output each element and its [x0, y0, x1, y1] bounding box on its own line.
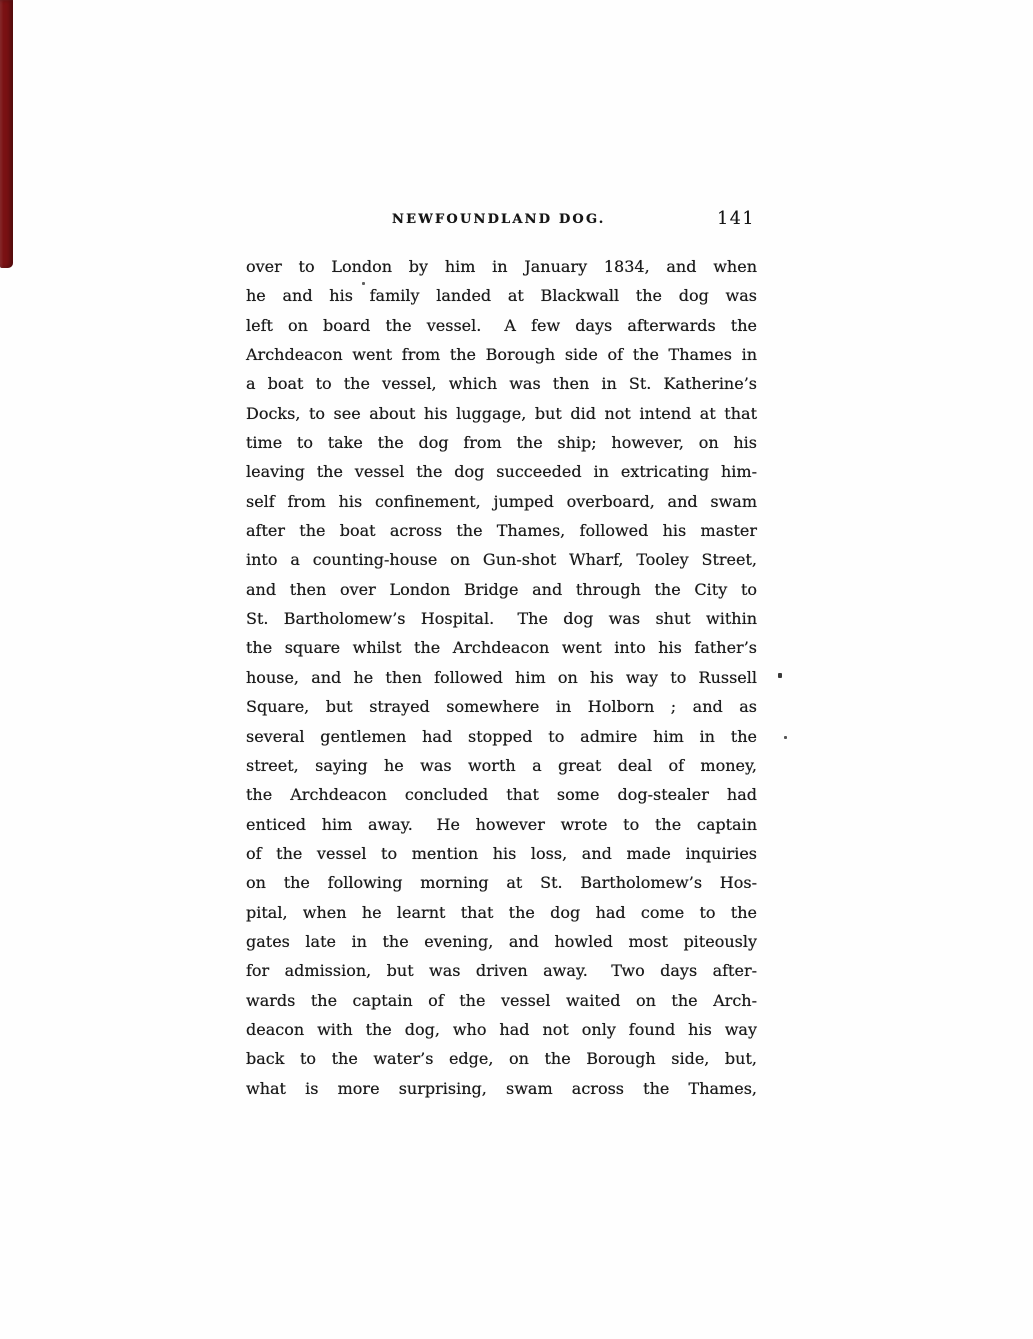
text-line: Square, but strayed somewhere in Holborn… — [246, 692, 757, 721]
running-title: NEWFOUNDLAND DOG. — [392, 212, 606, 227]
ink-speck — [784, 736, 787, 739]
page-number: 141 — [717, 209, 755, 229]
text-line: back to the water’s edge, on the Borough… — [246, 1044, 757, 1073]
text-line: St. Bartholomew’s Hospital. The dog was … — [246, 604, 757, 633]
text-line: after the boat across the Thames, follow… — [246, 516, 757, 545]
text-line: Archdeacon went from the Borough side of… — [246, 340, 757, 369]
ink-speck — [778, 673, 782, 678]
ink-speck — [362, 282, 365, 285]
text-line: self from his confinement, jumped overbo… — [246, 487, 757, 516]
body-text-block: over to London by him in January 1834, a… — [246, 252, 757, 1103]
text-line: of the vessel to mention his loss, and m… — [246, 839, 757, 868]
text-line: he and his family landed at Blackwall th… — [246, 281, 757, 310]
text-line: the square whilst the Archdeacon went in… — [246, 633, 757, 662]
text-line: over to London by him in January 1834, a… — [246, 252, 757, 281]
book-spine-edge-artifact — [0, 0, 13, 268]
text-line: for admission, but was driven away. Two … — [246, 956, 757, 985]
text-line: wards the captain of the vessel waited o… — [246, 986, 757, 1015]
text-line: house, and he then followed him on his w… — [246, 663, 757, 692]
text-line: into a counting-house on Gun-shot Wharf,… — [246, 545, 757, 574]
text-line: pital, when he learnt that the dog had c… — [246, 898, 757, 927]
text-line: left on board the vessel. A few days aft… — [246, 311, 757, 340]
text-line: leaving the vessel the dog succeeded in … — [246, 457, 757, 486]
text-line: what is more surprising, swam across the… — [246, 1074, 757, 1103]
text-line: on the following morning at St. Bartholo… — [246, 868, 757, 897]
text-line: several gentlemen had stopped to admire … — [246, 722, 757, 751]
text-line: Docks, to see about his luggage, but did… — [246, 399, 757, 428]
page-header: NEWFOUNDLAND DOG. 141 — [246, 209, 757, 231]
text-line: gates late in the evening, and howled mo… — [246, 927, 757, 956]
scanned-book-page: NEWFOUNDLAND DOG. 141 over to London by … — [0, 0, 1033, 1339]
text-line: enticed him away. He however wrote to th… — [246, 810, 757, 839]
text-line: and then over London Bridge and through … — [246, 575, 757, 604]
text-line: a boat to the vessel, which was then in … — [246, 369, 757, 398]
text-line: time to take the dog from the ship; howe… — [246, 428, 757, 457]
text-line: street, saying he was worth a great deal… — [246, 751, 757, 780]
text-line: the Archdeacon concluded that some dog-s… — [246, 780, 757, 809]
text-line: deacon with the dog, who had not only fo… — [246, 1015, 757, 1044]
